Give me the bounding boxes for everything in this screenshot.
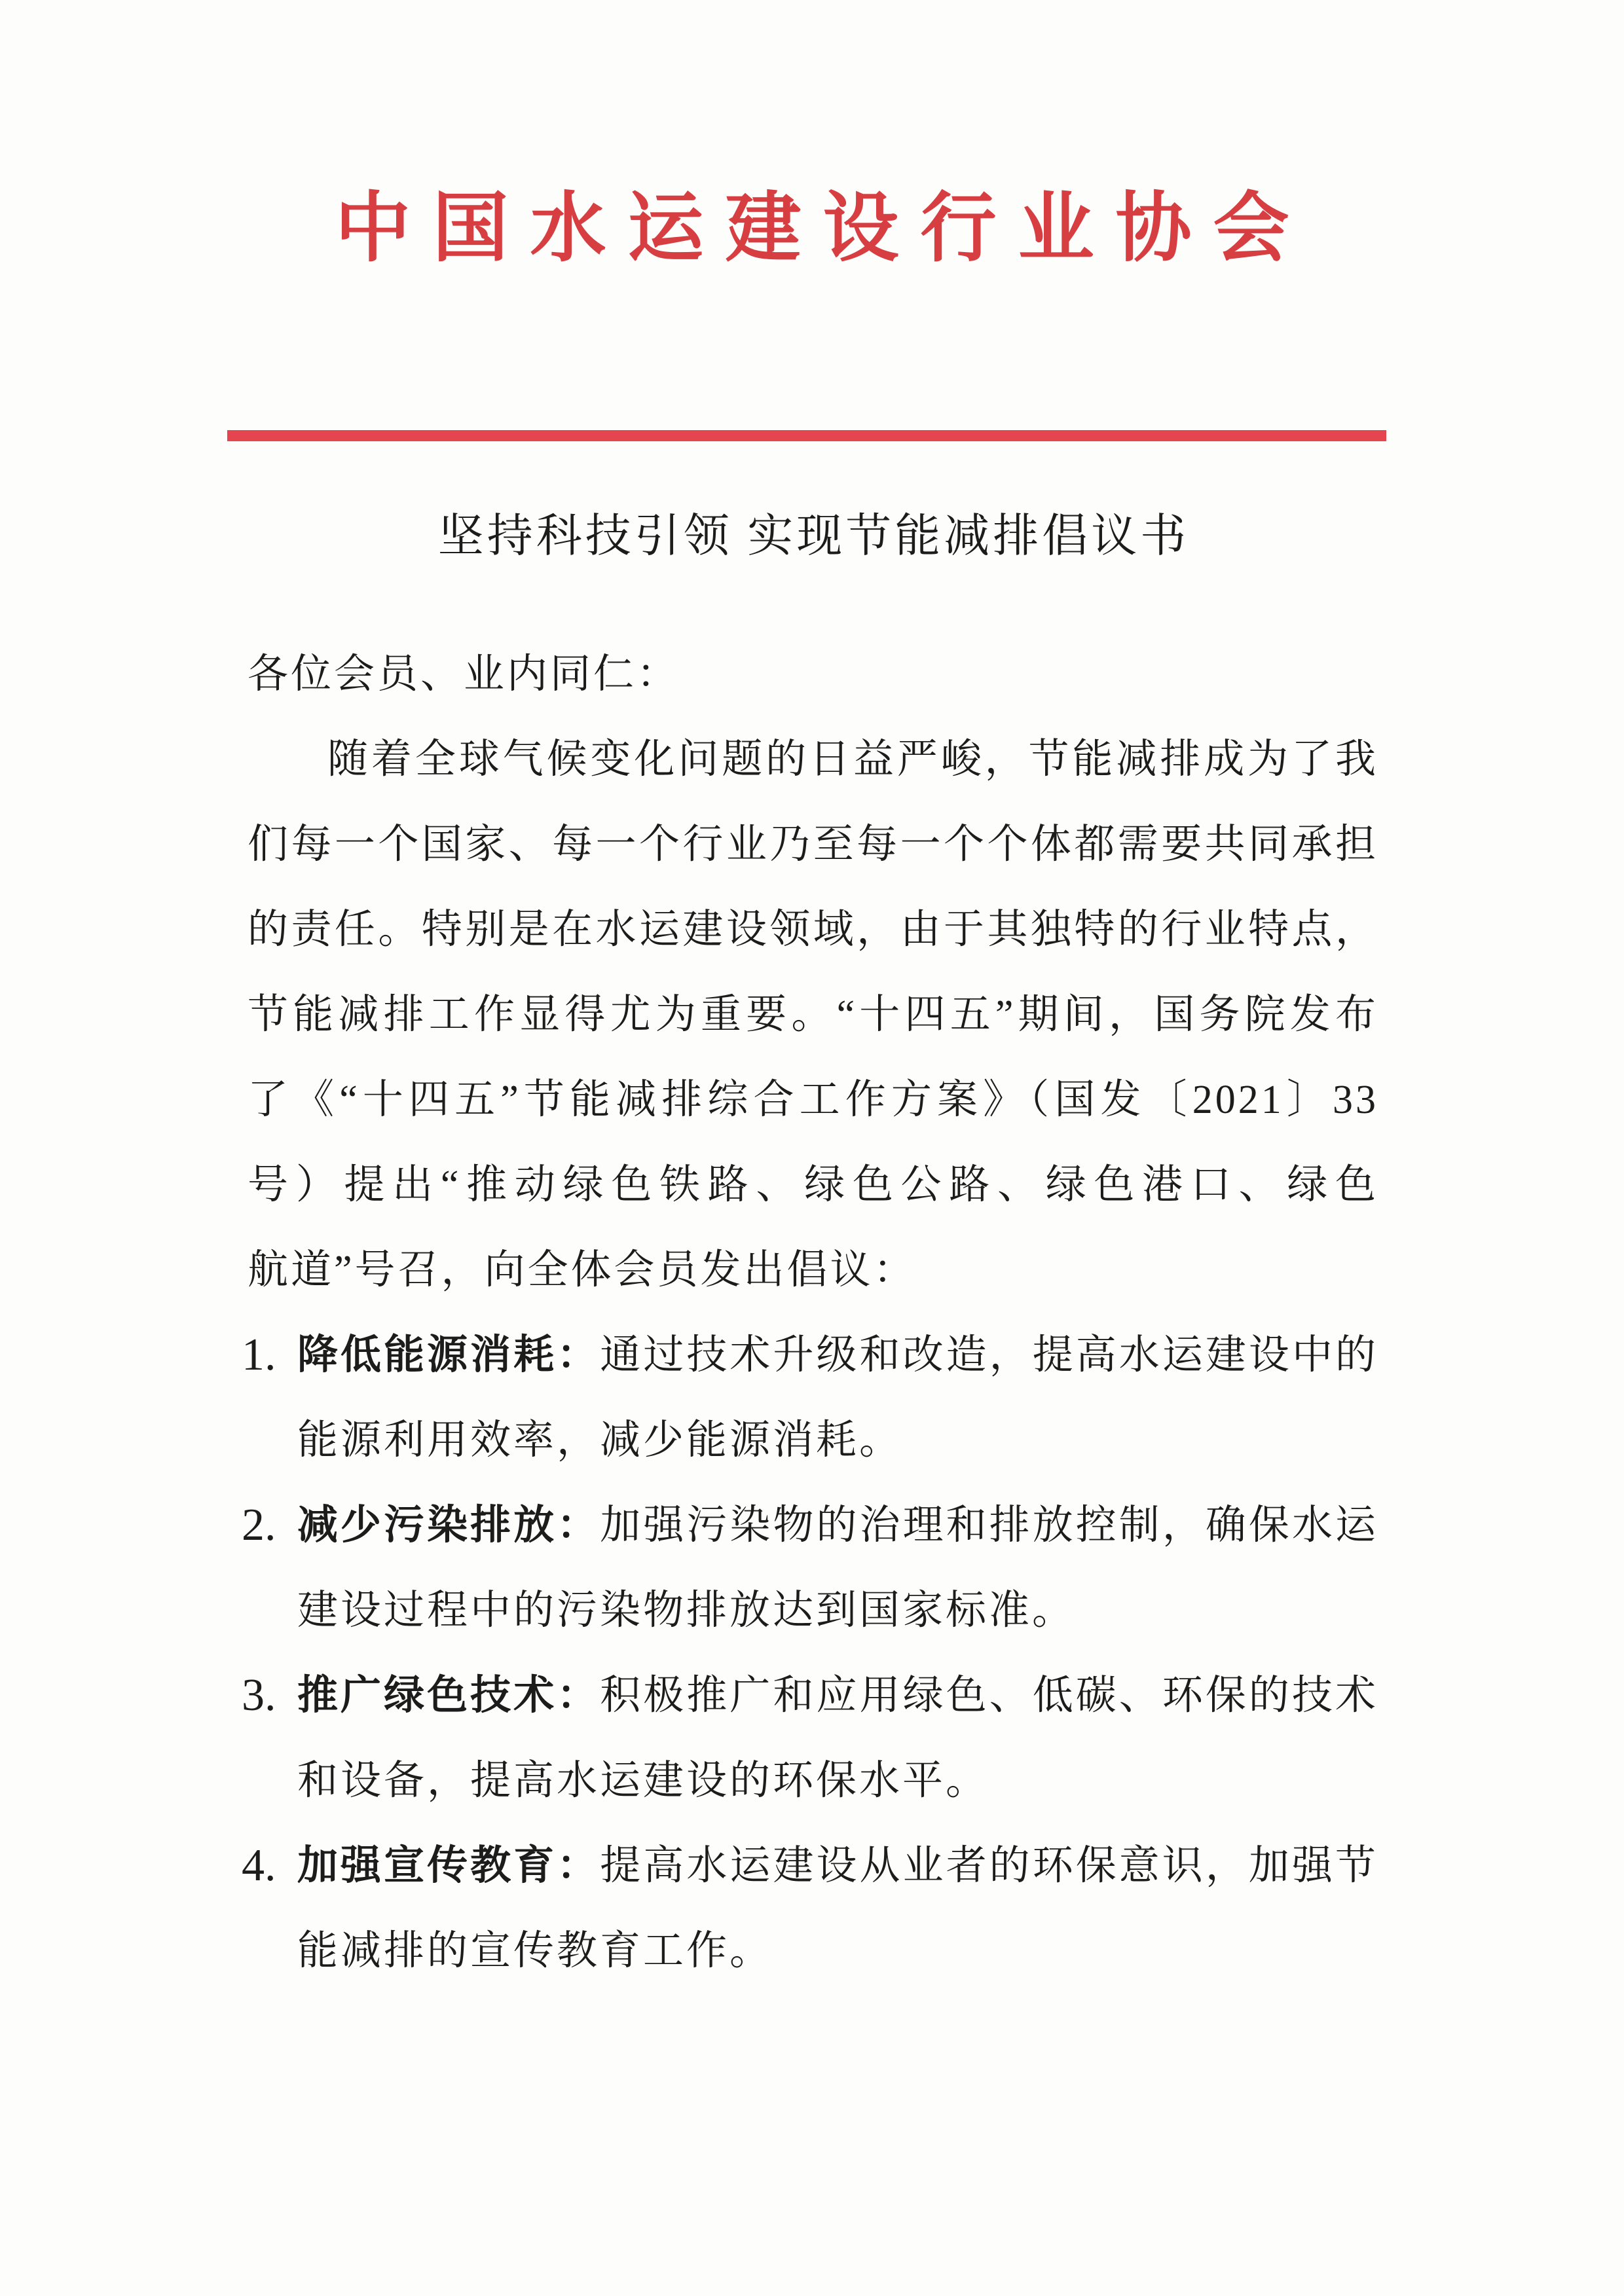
body-line-2: 随着全球气候变化问题的日益严峻，节能减排成为了我: [248, 717, 1378, 802]
red-divider-rule: [227, 430, 1386, 441]
line-text: 提高水运建设从业者的环保意识，加强节: [600, 1844, 1378, 1888]
list-number: 3.: [242, 1653, 276, 1738]
list-number: 1.: [242, 1313, 276, 1398]
body-line-12: 建设过程中的污染物排放达到国家标准。: [248, 1568, 1378, 1653]
document-body: 各位会员、业内同仁：随着全球气候变化问题的日益严峻，节能减排成为了我们每一个国家…: [248, 632, 1378, 1994]
line-text: 节能减排工作显得尤为重要。“十四五”期间，国务院发布: [248, 993, 1378, 1037]
list-item-label: 加强宣传教育：: [297, 1844, 600, 1888]
line-text: 们每一个国家、每一个行业乃至每一个个体都需要共同承担: [248, 822, 1378, 867]
line-text: 建设过程中的污染物排放达到国家标准。: [297, 1588, 1075, 1633]
line-text: 各位会员、业内同仁：: [248, 652, 680, 697]
line-text: 通过技术升级和改造，提高水运建设中的: [600, 1333, 1378, 1377]
line-text: 航道”号召，向全体会员发出倡议：: [248, 1248, 917, 1292]
body-line-1: 各位会员、业内同仁：: [248, 632, 1378, 717]
body-line-3: 们每一个国家、每一个行业乃至每一个个体都需要共同承担: [248, 802, 1378, 887]
line-text: 和设备，提高水运建设的环保水平。: [297, 1758, 989, 1803]
line-text: 加强污染物的治理和排放控制，确保水运: [600, 1503, 1378, 1548]
body-line-11: 2.减少污染排放：加强污染物的治理和排放控制，确保水运: [248, 1483, 1378, 1568]
list-item-label: 减少污染排放：: [297, 1503, 600, 1548]
body-line-8: 航道”号召，向全体会员发出倡议：: [248, 1228, 1378, 1313]
scanned-document-page: 中国水运建设行业协会 坚持科技引领 实现节能减排倡议书 各位会员、业内同仁：随着…: [0, 0, 1624, 2296]
body-line-10: 能源利用效率，减少能源消耗。: [248, 1398, 1378, 1483]
body-line-15: 4.加强宣传教育：提高水运建设从业者的环保意识，加强节: [248, 1823, 1378, 1908]
body-line-7: 号）提出“推动绿色铁路、绿色公路、绿色港口、绿色: [248, 1142, 1378, 1228]
body-line-4: 的责任。特别是在水运建设领域，由于其独特的行业特点，: [248, 887, 1378, 972]
list-number: 2.: [242, 1483, 276, 1568]
line-text: 能减排的宣传教育工作。: [297, 1929, 773, 1973]
line-text: 号）提出“推动绿色铁路、绿色公路、绿色港口、绿色: [248, 1163, 1378, 1207]
body-line-14: 和设备，提高水运建设的环保水平。: [248, 1738, 1378, 1823]
organization-title: 中国水运建设行业协会: [0, 189, 1624, 270]
list-number: 4.: [242, 1823, 276, 1908]
body-line-13: 3.推广绿色技术：积极推广和应用绿色、低碳、环保的技术: [248, 1653, 1378, 1738]
body-line-5: 节能减排工作显得尤为重要。“十四五”期间，国务院发布: [248, 972, 1378, 1057]
body-line-6: 了《“十四五”节能减排综合工作方案》（国发〔2021〕33: [248, 1057, 1378, 1142]
body-line-9: 1.降低能源消耗：通过技术升级和改造，提高水运建设中的: [248, 1313, 1378, 1398]
line-text: 能源利用效率，减少能源消耗。: [297, 1418, 902, 1463]
list-item-label: 推广绿色技术：: [297, 1673, 600, 1718]
line-text: 积极推广和应用绿色、低碳、环保的技术: [600, 1673, 1378, 1718]
document-title: 坚持科技引领 实现节能减排倡议书: [0, 510, 1624, 564]
line-text: 随着全球气候变化问题的日益严峻，节能减排成为了我: [327, 737, 1378, 782]
line-text: 了《“十四五”节能减排综合工作方案》（国发〔2021〕33: [248, 1078, 1378, 1122]
line-text: 的责任。特别是在水运建设领域，由于其独特的行业特点，: [248, 907, 1378, 952]
body-line-16: 能减排的宣传教育工作。: [248, 1908, 1378, 1994]
list-item-label: 降低能源消耗：: [297, 1333, 600, 1377]
